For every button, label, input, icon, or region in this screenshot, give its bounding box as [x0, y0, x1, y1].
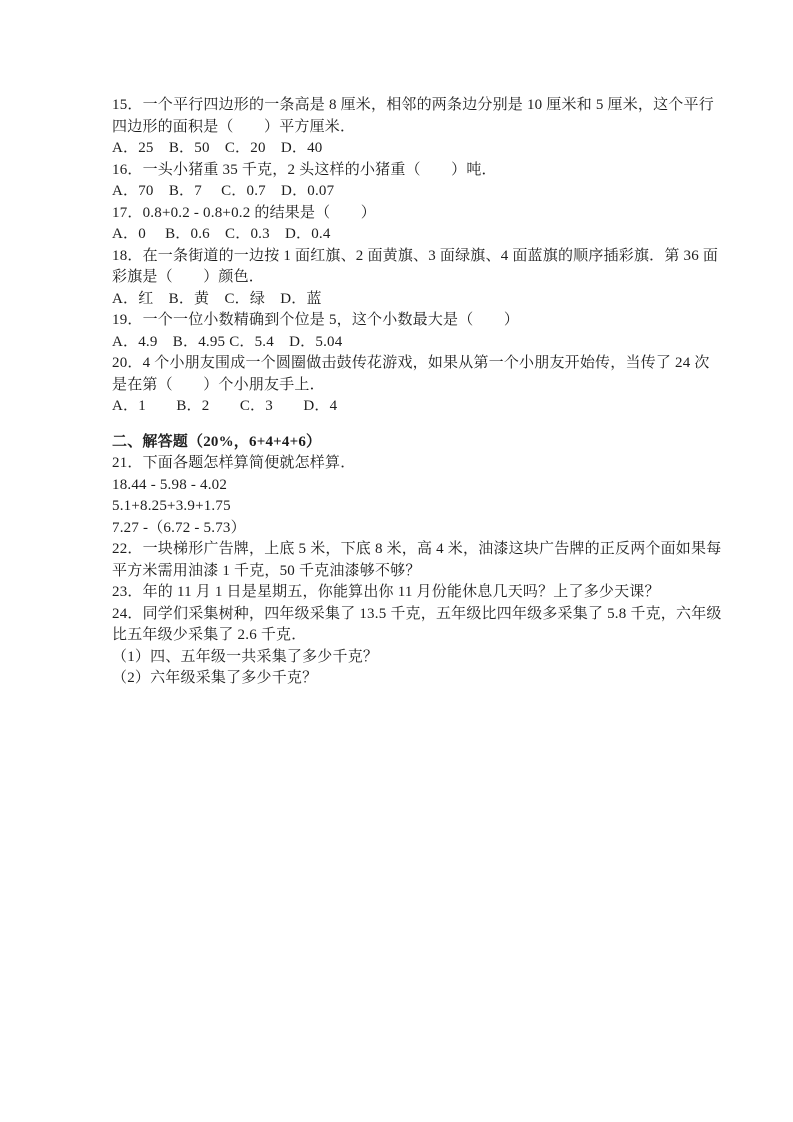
text-line: 16．一头小猪重 35 千克，2 头这样的小猪重（ ）吨．: [112, 160, 690, 182]
text-line: 比五年级少采集了 2.6 千克．: [112, 625, 690, 647]
text-line: 7.27 -（6.72 - 5.73）: [112, 518, 690, 540]
text-line: 5.1+8.25+3.9+1.75: [112, 496, 690, 518]
text-line: 20．4 个小朋友围成一个圆圈做击鼓传花游戏，如果从第一个小朋友开始传，当传了 …: [112, 353, 690, 375]
text-line: 彩旗是（ ）颜色．: [112, 267, 690, 289]
text-line: 22．一块梯形广告牌，上底 5 米，下底 8 米，高 4 米，油漆这块广告牌的正…: [112, 539, 690, 561]
blank-line: [112, 418, 690, 432]
text-line: 平方米需用油漆 1 千克，50 千克油漆够不够？: [112, 561, 690, 583]
text-line: 18．在一条街道的一边按 1 面红旗、2 面黄旗、3 面绿旗、4 面蓝旗的顺序插…: [112, 246, 690, 268]
section-heading: 二、解答题（20%，6+4+4+6）: [112, 432, 690, 454]
text-line: （1）四、五年级一共采集了多少千克？: [112, 647, 690, 669]
text-line: A．红 B．黄 C．绿 D．蓝: [112, 289, 690, 311]
text-line: （2）六年级采集了多少千克？: [112, 668, 690, 690]
text-line: 17．0.8+0.2 - 0.8+0.2 的结果是（ ）: [112, 203, 690, 225]
document-page: 15．一个平行四边形的一条高是 8 厘米，相邻的两条边分别是 10 厘米和 5 …: [0, 0, 793, 1122]
text-line: 四边形的面积是（ ）平方厘米．: [112, 117, 690, 139]
text-line: 15．一个平行四边形的一条高是 8 厘米，相邻的两条边分别是 10 厘米和 5 …: [112, 95, 690, 117]
text-line: A．25 B．50 C．20 D．40: [112, 138, 690, 160]
text-line: A．4.9 B．4.95 C．5.4 D．5.04: [112, 332, 690, 354]
text-line: 是在第（ ）个小朋友手上．: [112, 375, 690, 397]
text-line: 18.44 - 5.98 - 4.02: [112, 475, 690, 497]
text-line: 24．同学们采集树种，四年级采集了 13.5 千克，五年级比四年级多采集了 5.…: [112, 604, 690, 626]
document-body: 15．一个平行四边形的一条高是 8 厘米，相邻的两条边分别是 10 厘米和 5 …: [112, 95, 690, 690]
text-line: 23．年的 11 月 1 日是星期五，你能算出你 11 月份能休息几天吗？上了多…: [112, 582, 690, 604]
text-line: 19．一个一位小数精确到个位是 5，这个小数最大是（ ）: [112, 310, 690, 332]
text-line: A．70 B．7 C．0.7 D．0.07: [112, 181, 690, 203]
text-line: A．0 B．0.6 C．0.3 D．0.4: [112, 224, 690, 246]
text-line: A．1 B．2 C．3 D．4: [112, 396, 690, 418]
text-line: 21．下面各题怎样算简便就怎样算．: [112, 453, 690, 475]
